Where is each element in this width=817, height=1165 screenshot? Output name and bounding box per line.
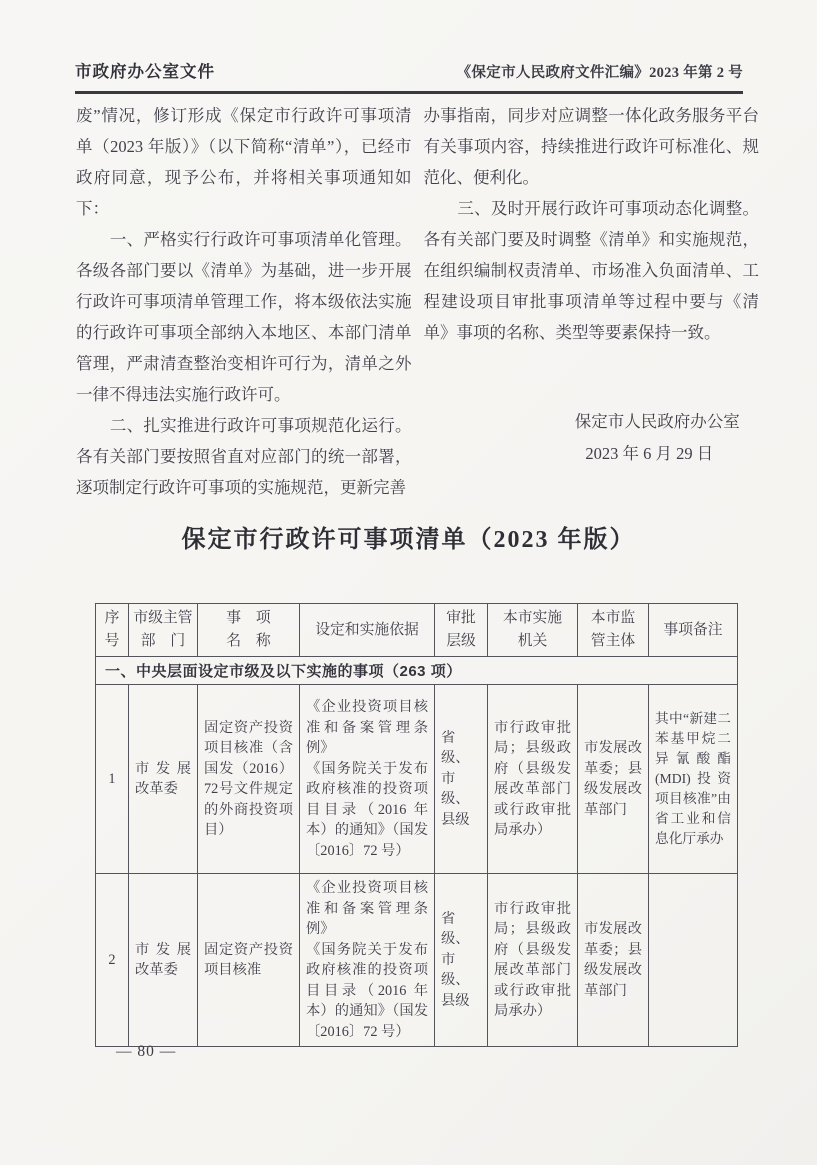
table-section-row: 一、中央层面设定市级及以下实施的事项（263 项） — [96, 657, 738, 685]
col-header-basis: 设定和实施依据 — [300, 604, 435, 657]
page-number: — 80 — — [116, 1043, 176, 1061]
signature-office: 保定市人民政府办公室 — [490, 406, 817, 437]
paragraph-continuation: 废”情况，修订形成《保定市行政许可事项清单（2023 年版）》（以下简称“清单”… — [76, 100, 412, 224]
section-title: 一、中央层面设定市级及以下实施的事项（263 项） — [96, 657, 738, 685]
table-row: 2 市发展改革委 固定资产投资项目核准 《企业投资项目核准和备案管理条例》 《国… — [96, 874, 738, 1047]
document-page: 市政府办公室文件 《保定市人民政府文件汇编》2023 年第 2 号 废”情况，修… — [0, 0, 817, 1165]
table-row: 1 市发展改革委 固定资产投资项目核准（含国发（2016）72号文件规定的外商投… — [96, 685, 738, 874]
cell-basis: 《企业投资项目核准和备案管理条例》 《国务院关于发布政府核准的投资项目目录（20… — [300, 685, 435, 874]
body-right-column: 办事指南，同步对应调整一体化政务服务平台有关事项内容，持续推进行政许可标准化、规… — [424, 100, 760, 503]
cell-basis: 《企业投资项目核准和备案管理条例》 《国务院关于发布政府核准的投资项目目录（20… — [300, 874, 435, 1047]
cell-item-name: 固定资产投资项目核准 — [198, 874, 300, 1047]
col-header-agency: 本市实施 机关 — [488, 604, 578, 657]
col-header-dept: 市级主管 部 门 — [129, 604, 198, 657]
cell-level: 省级、 市级、 县级 — [435, 874, 488, 1047]
permit-items-table: 序 号 市级主管 部 门 事 项 名 称 设定和实施依据 审批 层级 本市实施 … — [95, 603, 738, 1047]
cell-level: 省级、 市级、 县级 — [435, 685, 488, 874]
col-header-level: 审批 层级 — [435, 604, 488, 657]
cell-dept: 市发展改革委 — [129, 874, 198, 1047]
cell-dept: 市发展改革委 — [129, 685, 198, 874]
cell-agency: 市行政审批局；县级政府（县级发展改革部门或行政审批局承办） — [488, 685, 578, 874]
cell-note: 其中“新建二苯基甲烷二异氰酸酯(MDI)投资项目核准”由省工业和信息化厅承办 — [649, 685, 738, 874]
col-header-supervisor: 本市监 管主体 — [578, 604, 649, 657]
paragraph-item-1: 一、严格实行行政许可事项清单化管理。各级各部门要以《清单》为基础，进一步开展行政… — [76, 224, 412, 410]
header-compilation-issue: 《保定市人民政府文件汇编》2023 年第 2 号 — [457, 61, 743, 82]
cell-seq: 1 — [96, 685, 129, 874]
signature-date: 2023 年 6 月 29 日 — [482, 438, 817, 469]
cell-supervisor: 市发展改革委；县级发展改革部门 — [578, 874, 649, 1047]
cell-note — [649, 874, 738, 1047]
cell-seq: 2 — [96, 874, 129, 1047]
col-header-name: 事 项 名 称 — [198, 604, 300, 657]
paragraph-item-3: 三、及时开展行政许可事项动态化调整。各有关部门要及时调整《清单》和实施规范，在组… — [424, 193, 760, 348]
paragraph-item-2: 二、扎实推进行政许可事项规范化运行。各有关部门要按照省直对应部门的统一部署，逐项… — [76, 410, 412, 503]
paragraph-continuation: 办事指南，同步对应调整一体化政务服务平台有关事项内容，持续推进行政许可标准化、规… — [424, 100, 760, 193]
body-left-column: 废”情况，修订形成《保定市行政许可事项清单（2023 年版）》（以下简称“清单”… — [76, 100, 412, 503]
document-header: 市政府办公室文件 《保定市人民政府文件汇编》2023 年第 2 号 — [75, 58, 743, 94]
col-header-seq: 序 号 — [96, 604, 129, 657]
cell-supervisor: 市发展改革委；县级发展改革部门 — [578, 685, 649, 874]
cell-agency: 市行政审批局；县级政府（县级发展改革部门或行政审批局承办） — [488, 874, 578, 1047]
document-body: 废”情况，修订形成《保定市行政许可事项清单（2023 年版）》（以下简称“清单”… — [76, 100, 759, 503]
cell-item-name: 固定资产投资项目核准（含国发（2016）72号文件规定的外商投资项目） — [198, 685, 300, 874]
table-header-row: 序 号 市级主管 部 门 事 项 名 称 设定和实施依据 审批 层级 本市实施 … — [96, 604, 738, 657]
list-title: 保定市行政许可事项清单（2023 年版） — [0, 519, 817, 554]
col-header-note: 事项备注 — [649, 604, 738, 657]
header-doc-type: 市政府办公室文件 — [75, 58, 215, 82]
